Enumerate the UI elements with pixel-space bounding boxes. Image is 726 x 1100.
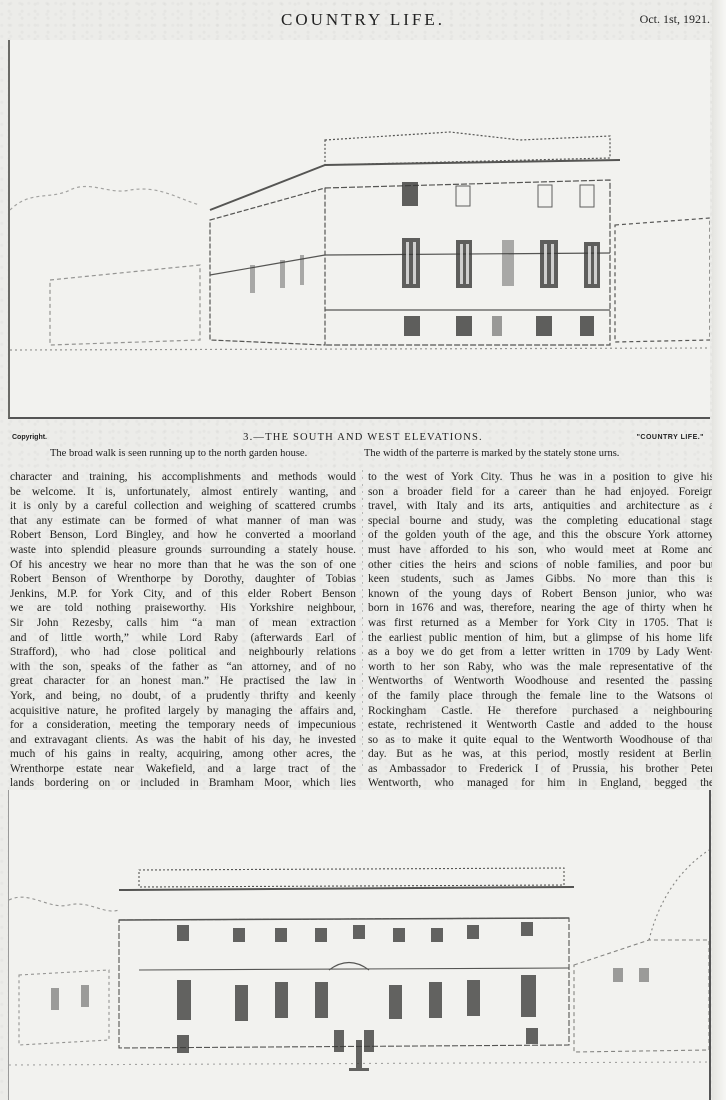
text-line: special bourne and study, was the comple… [368,514,714,529]
masthead: COUNTRY LIFE. [0,10,726,30]
text-line: keen students, such as James Gibbs. No m… [368,572,714,587]
text-line: for a consideration, meeting the tempora… [10,718,356,733]
text-line: we are told nothing praiseworthy. His Yo… [10,601,356,616]
text-line: and of little worth,” while Lord Raby (a… [10,631,356,646]
text-line: Rockingham Castle. He therefore purchase… [368,704,714,719]
text-line: great character for an honest man.” He p… [10,674,356,689]
text-line: as Ambassador to Frederick I of Prussia,… [368,762,714,777]
text-line: Jenkins, M.P. for York City, and of this… [10,587,356,602]
text-line: born in 1676 and was, therefore, nearing… [368,601,714,616]
text-line: it is only by a careful collection and w… [10,499,356,514]
text-line: that any estimate can be formed of what … [10,514,356,529]
page-edge [712,0,726,1100]
text-line: day. But as he was, at this period, most… [368,747,714,762]
text-line: must have afforded to his son, who would… [368,543,714,558]
column-divider [362,470,363,766]
text-line: Wentworths of Wentworth Woodhouse and re… [368,674,714,689]
text-line: worth to her son Raby, who was the male … [368,660,714,675]
text-line: travel, with Italy and its arts, antiqui… [368,499,714,514]
text-line: be welcome. It is, unfortunately, almost… [10,485,356,500]
text-line: other cities the heirs and scions of nob… [368,558,714,573]
text-line: lands bordering on or included in Bramha… [10,776,356,791]
text-line: to the west of York City. Thus he was in… [368,470,714,485]
text-line: Wentworth, who managed for him in Englan… [368,776,714,791]
caption-title: 3.—THE SOUTH AND WEST ELEVATIONS. [0,432,726,443]
caption-subtext-right: The width of the parterre is marked by t… [364,448,619,459]
caption-subtext-left: The broad walk is seen running up to the… [50,448,307,459]
article-column-right: to the west of York City. Thus he was in… [368,470,714,791]
text-line: acquisitive nature, he profited largely … [10,704,356,719]
photo-garden-front [8,790,711,1100]
text-line: estate, rechristened it Wentworth Castle… [368,718,714,733]
article-column-left: character and training, his accomplishme… [10,470,356,791]
text-line: known of the young days of Robert Benson… [368,587,714,602]
scanned-page: COUNTRY LIFE. Oct. 1st, 1921. [0,0,726,1100]
text-line: son a broader field for a career than he… [368,485,714,500]
text-line: so as to make it quite equal to the Went… [368,733,714,748]
text-line: and extravagant clients. As was the habi… [10,733,356,748]
text-line: Sir John Rezesby, calls him “a man of me… [10,616,356,631]
text-line: of the golden youth of the age, and this… [368,528,714,543]
photo-south-west-elevations [8,40,710,419]
house-front-illustration [9,790,709,1100]
text-line: of the family place through the female l… [368,689,714,704]
running-head: COUNTRY LIFE. Oct. 1st, 1921. [0,8,726,32]
issue-date: Oct. 1st, 1921. [640,12,710,27]
text-line: much of his gains in realty, acquiring, … [10,747,356,762]
photo-credit: "COUNTRY LIFE." [637,434,704,441]
text-line: Robert Benson of Wrenthorpe by Dorothy, … [10,572,356,587]
text-line: was first returned as a Member for York … [368,616,714,631]
text-line: Robert Benson, Lord Bingley, and how he … [10,528,356,543]
text-line: Of his ancestry we hear no more than tha… [10,558,356,573]
text-line: waste into splendid pleasure grounds sur… [10,543,356,558]
text-line: York, and being, no doubt, of a prudentl… [10,689,356,704]
text-line: as a boy we do get from a letter written… [368,645,714,660]
text-line: Strafford), who had close political and … [10,645,356,660]
text-line: Wrenthorpe estate near Wakefield, and a … [10,762,356,777]
text-line: character and training, his accomplishme… [10,470,356,485]
house-corner-illustration [10,40,710,417]
text-line: with the son, speaks of the father as “a… [10,660,356,675]
text-line: the earliest public mention of him, but … [368,631,714,646]
figure-caption: Copyright. 3.—THE SOUTH AND WEST ELEVATI… [0,432,726,462]
